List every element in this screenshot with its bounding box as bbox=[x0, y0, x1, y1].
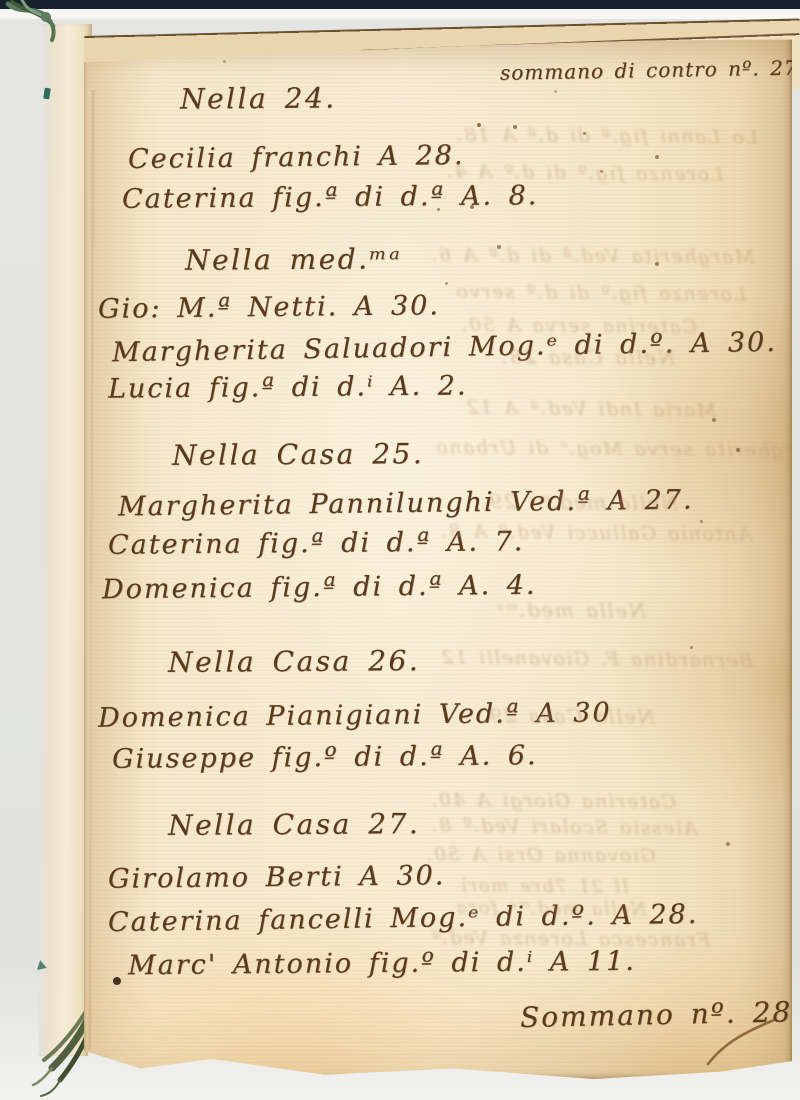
register-entry: Lucia fig.ª di d.ⁱ A. 2. bbox=[108, 370, 468, 404]
section-heading-casa-26: Nella Casa 26. bbox=[168, 644, 420, 679]
scanned-manuscript: { "page": { "header_note": "sommano di c… bbox=[0, 0, 800, 1100]
ink-flourish bbox=[704, 1018, 779, 1068]
register-entry: Caterina fig.ª di d.ª A. 8. bbox=[122, 180, 539, 215]
ink-dot bbox=[513, 125, 517, 129]
bleedthrough-line: Alessio Scolari Ved.º 8. bbox=[430, 814, 698, 839]
carried-total-note: sommano di contro nº. 276. bbox=[500, 55, 800, 85]
bleedthrough-line: Caterina Giorgi A 40. bbox=[430, 789, 676, 813]
bleedthrough-line: Caterina serva A 50. bbox=[460, 314, 697, 338]
register-entry: Domenica fig.ª di d.ª A. 4. bbox=[102, 570, 537, 606]
manuscript-page: sommano di contro nº. 276. Nella 24. Cec… bbox=[84, 30, 792, 1080]
ink-dot bbox=[437, 208, 440, 211]
ink-dot bbox=[477, 123, 481, 127]
scan-top-edge bbox=[0, 0, 800, 9]
section-heading-casa-25: Nella Casa 25. bbox=[172, 437, 424, 472]
ink-dot bbox=[712, 418, 716, 422]
section-heading-casa-27: Nella Casa 27. bbox=[168, 807, 420, 842]
register-entry: Marc' Antonio fig.º di d.ⁱ A 11. bbox=[128, 946, 636, 981]
ink-dot bbox=[690, 646, 693, 649]
ink-dot bbox=[583, 132, 586, 135]
ink-dot bbox=[445, 282, 448, 285]
ink-dot bbox=[113, 977, 121, 985]
bleedthrough-line: Maria Indi Ved.ª A 12 bbox=[465, 396, 717, 421]
bleedthrough-line: Margherita Ved.ª di d.º A 6. bbox=[430, 244, 755, 268]
bleedthrough-line: Giovanna Orsi A 50. bbox=[425, 843, 656, 867]
register-entry: Cecilia franchi A 28. bbox=[128, 140, 465, 175]
ink-dot bbox=[470, 205, 474, 209]
scanner-light-strip bbox=[0, 9, 800, 19]
ink-dot bbox=[736, 448, 740, 452]
book-spine-edge bbox=[38, 24, 92, 1056]
ink-dot bbox=[700, 520, 703, 523]
binding-thread-top bbox=[2, 0, 86, 54]
ink-dot bbox=[655, 155, 659, 159]
register-entry: Girolamo Berti A 30. bbox=[108, 860, 446, 895]
bleedthrough-line: Margherita serva Mog.ᵉ di Urbano bbox=[435, 436, 800, 461]
bleedthrough-line: Nella med.ᵐᵃ bbox=[495, 597, 646, 622]
ink-dot bbox=[600, 170, 603, 173]
register-entry: Gio: M.ª Netti. A 30. bbox=[98, 290, 440, 325]
bleedthrough-line: Nella Casa 29. bbox=[480, 703, 655, 728]
ink-dot bbox=[497, 245, 501, 249]
bleedthrough-line: Bernardina F. Giovanelli 12 bbox=[440, 646, 753, 671]
ink-dot bbox=[655, 262, 659, 266]
section-heading-casa-24: Nella 24. bbox=[180, 81, 337, 115]
bleedthrough-line: Francesca Lorenza Ved.ª bbox=[430, 927, 711, 951]
bleedthrough-line: Antonio Gallucci Ved.º A 8. bbox=[440, 520, 752, 545]
bleedthrough-line: Lo Lanni fig.ª di d.ª A 18. bbox=[455, 124, 758, 149]
section-heading-medesima: Nella med.ᵐᵃ bbox=[185, 242, 402, 277]
ink-dot bbox=[223, 60, 226, 63]
ink-dot bbox=[554, 90, 557, 93]
bleedthrough-line: Lorenzo fig.º di d.ª servo bbox=[455, 280, 746, 305]
bleedthrough-line: Lorenzo fig.º di d.º A 4. bbox=[445, 160, 724, 186]
fold-crease bbox=[88, 90, 94, 1050]
bleedthrough-line: Nella med.ᵐᵃ fora bbox=[455, 897, 646, 920]
ink-dot bbox=[726, 842, 730, 846]
register-entry: Giuseppe fig.º di d.ª A. 6. bbox=[112, 740, 538, 775]
bleedthrough-line: Nella med.ᵐᵃ 29. bbox=[480, 489, 678, 514]
bleedthrough-line: Il 21 7bre morì bbox=[460, 875, 629, 897]
bleedthrough-line: Nella Casa 28. bbox=[500, 344, 675, 369]
